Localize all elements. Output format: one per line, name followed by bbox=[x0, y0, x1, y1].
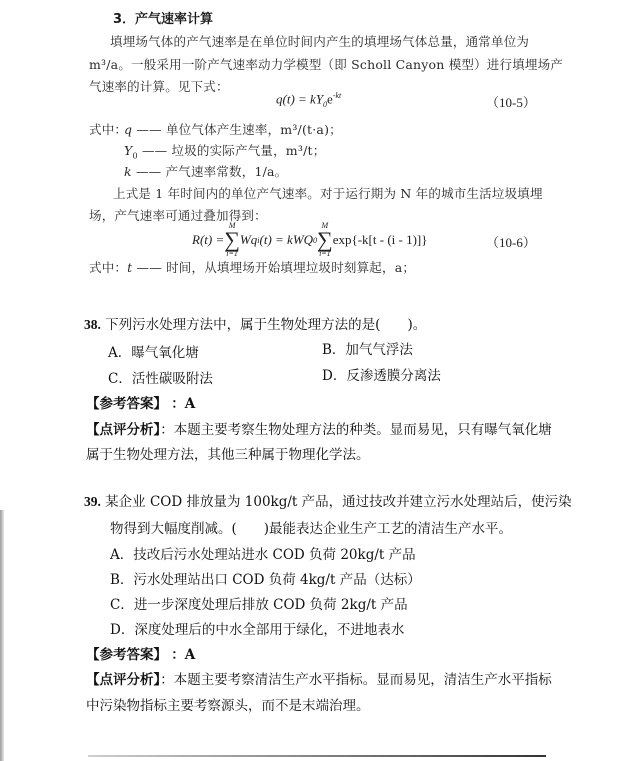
where-description: —— 产气速率常数，1/a。 bbox=[136, 164, 287, 179]
equation-10-5: q(t) = kY0e-kt bbox=[276, 91, 341, 109]
equation-part: (t) = kWQ bbox=[260, 232, 314, 248]
question-39-stem: 39. 某企业 COD 排放量为 100kg/t 产品，通过技改并建立污水处理站… bbox=[84, 490, 572, 510]
analysis-text: ：本题主要考察清洁生产水平指标。显而易见，清洁生产水平指标 bbox=[160, 672, 552, 688]
equation-10-6: R(t) = M ∑ i=1 Wqi(t) = kWQ0 M ∑ i=1 exp… bbox=[192, 218, 428, 262]
option-a: A．技改后污水处理站进水 COD 负荷 20kg/t 产品 bbox=[110, 543, 416, 563]
answer-value: ：A bbox=[171, 647, 195, 663]
option-a: A．曝气氧化塘 bbox=[108, 341, 199, 361]
question-number: 38. bbox=[84, 317, 101, 332]
where-lead: 式中： bbox=[89, 260, 127, 275]
where-symbol: k bbox=[124, 164, 132, 179]
question-text: 某企业 COD 排放量为 100kg/t 产品，通过技改并建立污水处理站后，使污… bbox=[105, 494, 571, 510]
section-title: 3．产气速率计算 bbox=[113, 8, 213, 27]
analysis-line: 【点评分析】：本题主要考察生物处理方法的种类。显而易见，只有曝气氧化塘 bbox=[86, 418, 552, 438]
where-item: Y0 —— 垃圾的实际产气量，m³/t； bbox=[124, 141, 325, 161]
summation-symbol: M ∑ i=1 bbox=[317, 222, 333, 258]
scan-edge-shadow bbox=[0, 510, 4, 761]
where-description: —— 时间，从填埋场开始填埋垃圾时刻算起，a； bbox=[137, 260, 416, 275]
option-c: C．活性碳吸附法 bbox=[108, 367, 213, 387]
section-paragraph-line: 气速率的计算。见下式： bbox=[89, 77, 229, 95]
equation-number: （10-6） bbox=[486, 232, 536, 251]
where-description: —— 单位气体产生速率，m³/(t·a)； bbox=[136, 122, 341, 137]
equation-part: exp{-k[t - (i - 1)]} bbox=[333, 232, 428, 248]
summation-symbol: M ∑ i=1 bbox=[224, 222, 240, 258]
answer-line: 【参考答案】 ：A bbox=[86, 643, 195, 663]
where-lead: 式中： bbox=[89, 120, 127, 138]
section-paragraph-line: m³/a。一般采用一阶产气速率动力学模型（即 Scholl Canyon 模型）… bbox=[89, 55, 563, 73]
option-b: B．加气气浮法 bbox=[322, 338, 413, 358]
section-paragraph-line: 上式是 1 年时间内的单位产气速率。对于运行期为 N 年的城市生活垃圾填埋 bbox=[113, 184, 543, 202]
option-b: B．污水处理站出口 COD 负荷 4kg/t 产品（达标） bbox=[110, 568, 421, 588]
analysis-line: 中污染物指标主要考察源头，而不是末端治理。 bbox=[86, 694, 370, 714]
option-d: D．深度处理后的中水全部用于绿化，不进地表水 bbox=[110, 618, 404, 638]
page-bottom-rule bbox=[88, 755, 546, 757]
where-item: q —— 单位气体产生速率，m³/(t·a)； bbox=[124, 120, 342, 138]
equation-part: Wq bbox=[240, 232, 257, 248]
question-text: 下列污水处理方法中，属于生物处理方法的是( )。 bbox=[105, 317, 426, 333]
analysis-label: 【点评分析】 bbox=[86, 422, 160, 438]
question-text: 物得到大幅度削减。( )最能表达企业生产工艺的清洁生产水平。 bbox=[110, 517, 512, 537]
where-item: 式中：t —— 时间，从填埋场开始填埋垃圾时刻算起，a； bbox=[89, 258, 415, 276]
section-paragraph-line: 填埋场气体的产气速率是在单位时间内产生的填埋场气体总量，通常单位为 bbox=[110, 32, 529, 50]
where-symbol: t bbox=[127, 260, 132, 275]
answer-value: ：A bbox=[171, 396, 195, 412]
equation-number: （10-5） bbox=[486, 92, 536, 111]
where-subscript: 0 bbox=[132, 152, 137, 161]
sum-lower-limit: i=1 bbox=[317, 250, 333, 258]
analysis-line: 【点评分析】：本题主要考察清洁生产水平指标。显而易见，清洁生产水平指标 bbox=[86, 668, 552, 688]
option-d: D．反渗透膜分离法 bbox=[322, 364, 441, 384]
sum-lower-limit: i=1 bbox=[224, 250, 240, 258]
equation-lhs: q(t) = kY bbox=[276, 91, 323, 106]
analysis-text: ：本题主要考察生物处理方法的种类。显而易见，只有曝气氧化塘 bbox=[160, 422, 552, 438]
question-38-stem: 38. 下列污水处理方法中，属于生物处理方法的是( )。 bbox=[84, 313, 426, 333]
analysis-label: 【点评分析】 bbox=[86, 672, 160, 688]
equation-superscript: -kt bbox=[333, 91, 341, 100]
analysis-line: 属于生物处理方法，其他三种属于物理化学法。 bbox=[86, 443, 370, 463]
where-symbol: q bbox=[124, 122, 132, 137]
answer-label: 【参考答案】 bbox=[86, 396, 167, 412]
where-description: —— 垃圾的实际产气量，m³/t； bbox=[142, 143, 325, 158]
where-item: k —— 产气速率常数，1/a。 bbox=[124, 162, 287, 180]
answer-label: 【参考答案】 bbox=[86, 647, 167, 663]
question-number: 39. bbox=[84, 494, 101, 509]
equation-part: R(t) = bbox=[192, 232, 224, 248]
answer-line: 【参考答案】 ：A bbox=[86, 392, 195, 412]
option-c: C．进一步深度处理后排放 COD 负荷 2kg/t 产品 bbox=[110, 593, 408, 613]
